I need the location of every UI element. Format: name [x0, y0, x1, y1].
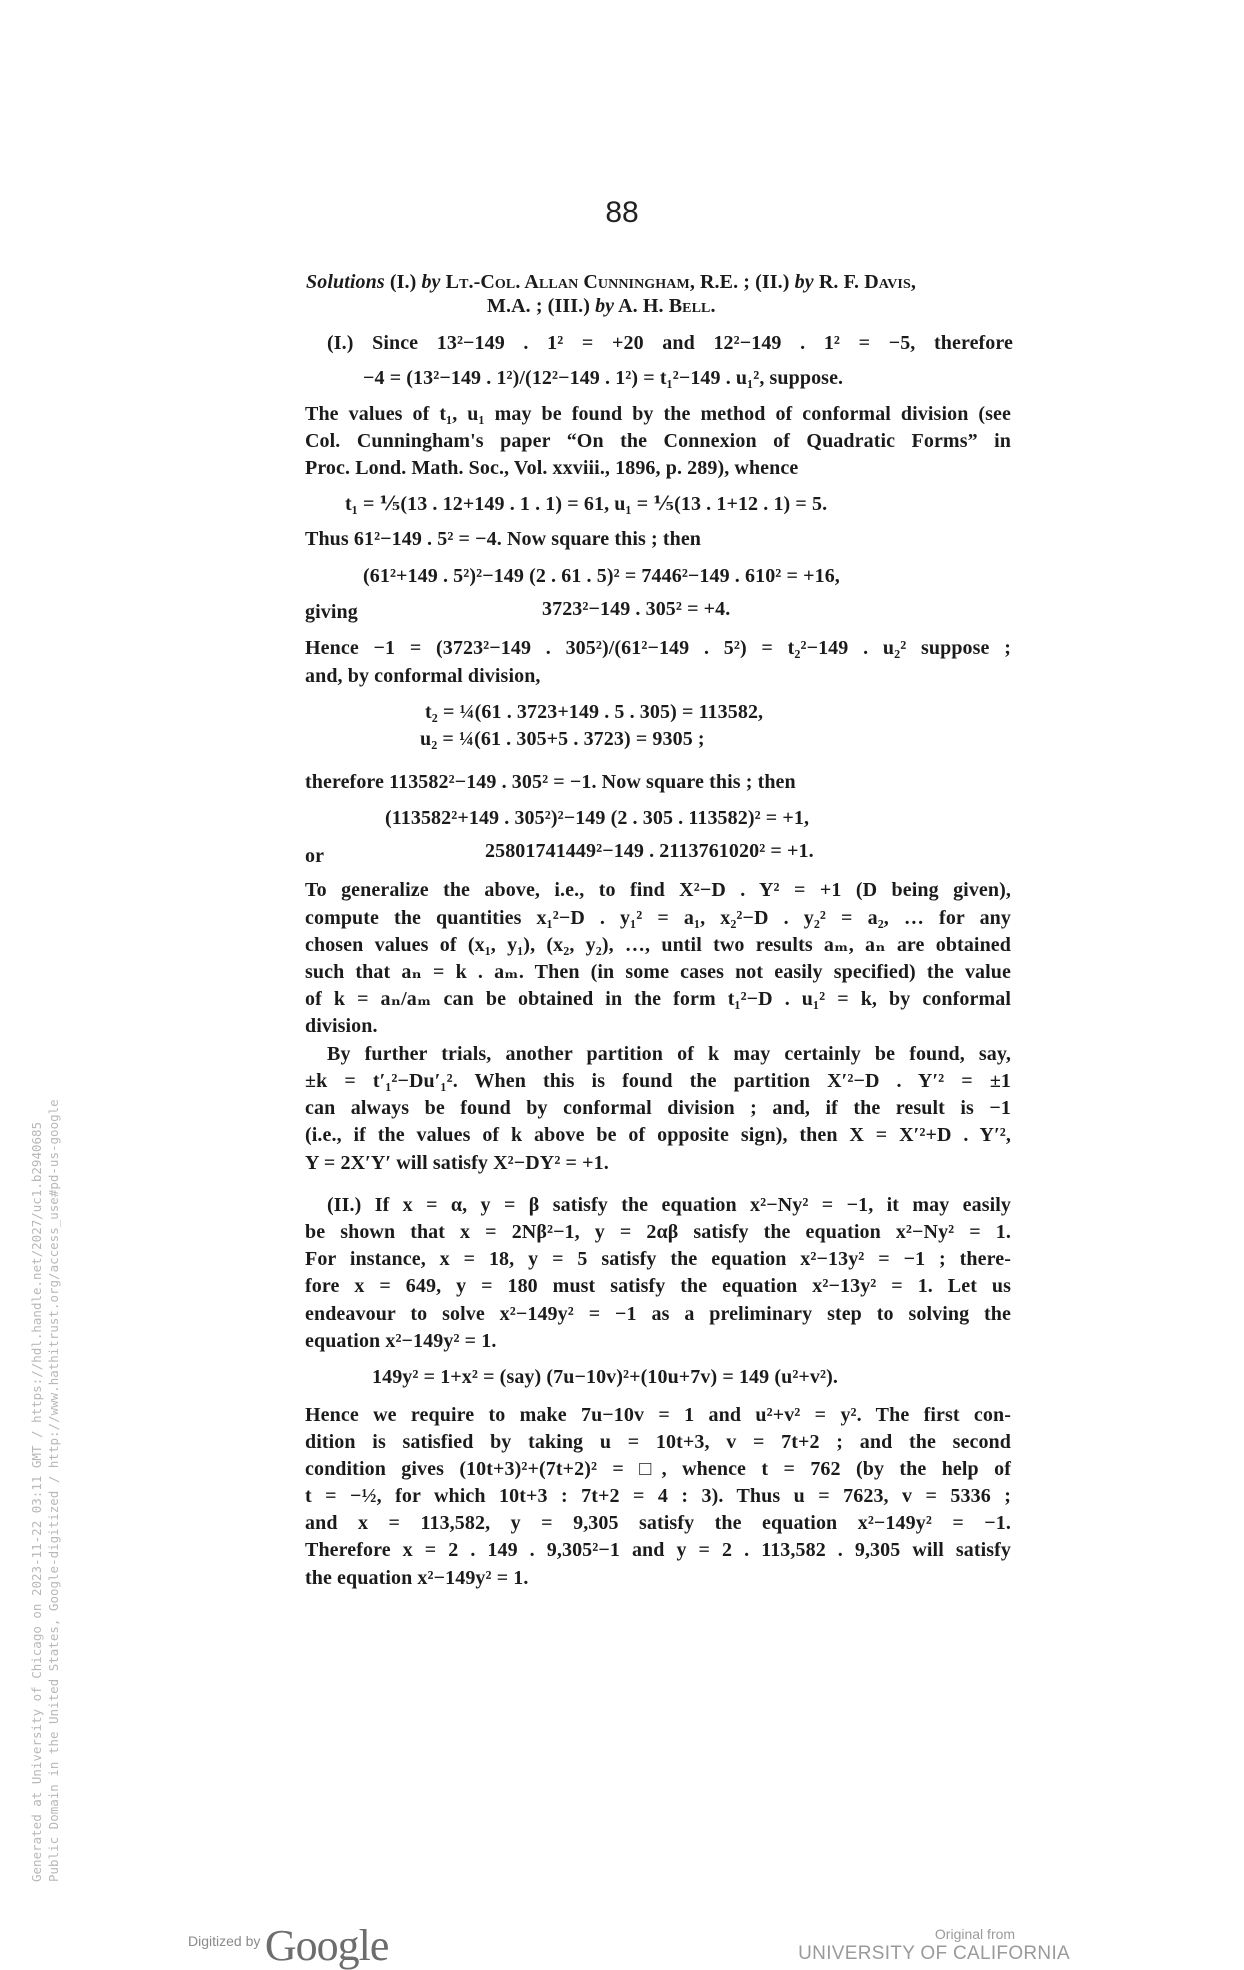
text-line: or	[305, 844, 324, 868]
original-from: Original from UNIVERSITY OF CALIFORNIA	[770, 1926, 1070, 1965]
text-line: division.	[305, 1014, 378, 1038]
text-line: The values of t₁, u₁ may be found by the…	[305, 402, 1011, 426]
text-line: Hence we require to make 7u−10v = 1 and …	[305, 1403, 1011, 1427]
equation-line: 149y² = 1+x² = (say) (7u−10v)²+(10u+7v) …	[372, 1365, 838, 1389]
text-line: and, by conformal division,	[305, 664, 541, 688]
page-number: 88	[0, 196, 1244, 230]
equation-line: 3723²−149 . 305² = +4.	[542, 597, 730, 621]
equation-line: t₁ = ⅕(13 . 12+149 . 1 . 1) = 61, u₁ = ⅕…	[345, 492, 827, 516]
equation-line: u₂ = ¼(61 . 305+5 . 3723) = 9305 ;	[420, 727, 705, 751]
equation-line: 25801741449²−149 . 2113761020² = +1.	[485, 839, 814, 863]
text-line: Y = 2X′Y′ will satisfy X²−DY² = +1.	[305, 1151, 609, 1175]
text-line: fore x = 649, y = 180 must satisfy the e…	[305, 1274, 1011, 1298]
text-line: Therefore x = 2 . 149 . 9,305²−1 and y =…	[305, 1538, 1011, 1562]
text-line: of k = aₙ/aₘ can be obtained in the form…	[305, 987, 1011, 1011]
author-cunningham: Lt.-Col. Allan Cunningham, R.E. ; (II.)	[441, 271, 795, 293]
author-bell: A. H. Bell.	[614, 295, 715, 317]
text-line: giving	[305, 600, 358, 624]
text-line: be shown that x = 2Nβ²−1, y = 2αβ satisf…	[305, 1220, 1011, 1244]
text-line: ±k = t′₁²−Du′₁². When this is found the …	[305, 1069, 1011, 1093]
text-line: such that aₙ = k . aₘ. Then (in some cas…	[305, 960, 1011, 984]
text-line: t = −½, for which 10t+3 : 7t+2 = 4 : 3).…	[305, 1484, 1011, 1508]
equation-line: (61²+149 . 5²)²−149 (2 . 61 . 5)² = 7446…	[363, 564, 840, 588]
text-line: can always be found by conformal divisio…	[305, 1096, 1011, 1120]
university-name: UNIVERSITY OF CALIFORNIA	[770, 1943, 1070, 1965]
equation-line: (113582²+149 . 305²)²−149 (2 . 305 . 113…	[385, 806, 809, 830]
google-logo: Google	[265, 1921, 389, 1970]
text-line: equation x²−149y² = 1.	[305, 1329, 496, 1353]
solutions-heading-line2: M.A. ; (III.) by A. H. Bell.	[487, 294, 716, 318]
hathitrust-watermark: Generated at University of Chicago on 20…	[28, 882, 62, 1882]
text-line: (I.) Since 13²−149 . 1² = +20 and 12²−14…	[327, 331, 1013, 355]
text-line: and x = 113,582, y = 9,305 satisfy the e…	[305, 1511, 1011, 1535]
digitized-by-google: Digitized by Google	[188, 1920, 388, 1970]
solutions-heading: Solutions (I.) by Lt.-Col. Allan Cunning…	[306, 270, 916, 294]
text-line: By further trials, another partition of …	[327, 1042, 1011, 1066]
text-line: the equation x²−149y² = 1.	[305, 1566, 529, 1590]
text-line: compute the quantities x₁²−D . y₁² = a₁,…	[305, 906, 1011, 930]
author-davis: R. F. Davis,	[814, 271, 916, 293]
text-line: chosen values of (x₁, y₁), (x₂, y₂), …, …	[305, 933, 1011, 957]
text-line: endeavour to solve x²−149y² = −1 as a pr…	[305, 1302, 1011, 1326]
text-line: Hence −1 = (3723²−149 . 305²)/(61²−149 .…	[305, 636, 1011, 660]
citation-line: Proc. Lond. Math. Soc., Vol. xxviii., 18…	[305, 456, 798, 480]
text-line: condition gives (10t+3)²+(7t+2)² = □, wh…	[305, 1457, 1011, 1481]
text-line: dition is satisfied by taking u = 10t+3,…	[305, 1430, 1011, 1454]
text-line: Thus 61²−149 . 5² = −4. Now square this …	[305, 527, 701, 551]
text-line: For instance, x = 18, y = 5 satisfy the …	[305, 1247, 1011, 1271]
text-line: To generalize the above, i.e., to find X…	[305, 878, 1011, 902]
equation-line: −4 = (13²−149 . 1²)/(12²−149 . 1²) = t₁²…	[363, 366, 843, 390]
text-line: Col. Cunningham's paper “On the Connexio…	[305, 429, 1011, 453]
equation-line: t₂ = ¼(61 . 3723+149 . 5 . 305) = 113582…	[425, 700, 763, 724]
solutions-word: Solutions	[306, 271, 385, 293]
text-line: (i.e., if the values of k above be of op…	[305, 1123, 1011, 1147]
text-line: therefore 113582²−149 . 305² = −1. Now s…	[305, 770, 796, 794]
text-line: (II.) If x = α, y = β satisfy the equati…	[327, 1193, 1011, 1217]
